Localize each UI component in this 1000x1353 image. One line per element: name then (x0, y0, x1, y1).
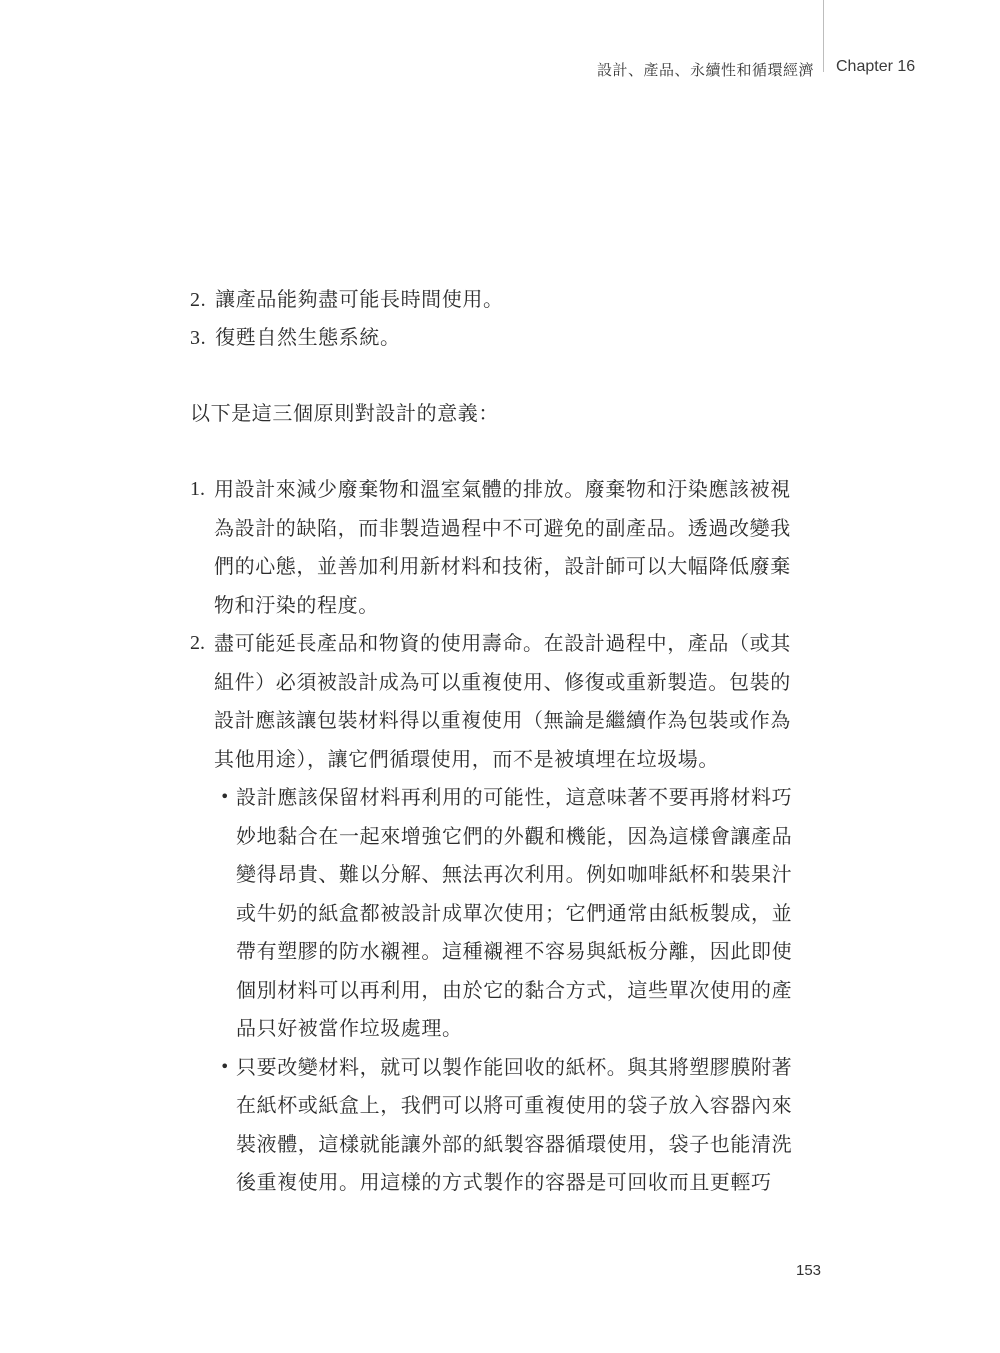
paragraph-line: 個別材料可以再利用，由於它的黏合方式，這些單次使用的產 (236, 971, 830, 1010)
paragraph-line: 們的心態，並善加利用新材料和技術，設計師可以大幅降低廢棄 (214, 547, 830, 586)
principle-item: 1. 用設計來減少廢棄物和溫室氣體的排放。廢棄物和汙染應該被視 為設計的缺陷，而… (190, 470, 830, 624)
paragraph-line: 或牛奶的紙盒都被設計成單次使用；它們通常由紙板製成，並 (236, 894, 830, 933)
list-number: 1. (190, 470, 205, 508)
bullet-item: • 設計應該保留材料再利用的可能性，這意味著不要再將材料巧 妙地黏合在一起來增強… (190, 778, 830, 1048)
paragraph-line: 物和汙染的程度。 (214, 586, 830, 625)
list-text: 復甦自然生態系統。 (215, 325, 400, 349)
paragraph-line: 品只好被當作垃圾處理。 (236, 1009, 830, 1048)
paragraph-line: 盡可能延長產品和物資的使用壽命。在設計過程中，產品（或其 (214, 624, 830, 663)
paragraph-line: 設計應該保留材料再利用的可能性，這意味著不要再將材料巧 (236, 778, 830, 817)
list-number: 2. (190, 289, 206, 311)
bullet-icon: • (220, 778, 229, 817)
paragraph-line: 組件）必須被設計成為可以重複使用、修復或重新製造。包裝的 (214, 663, 830, 702)
paragraph-line: 為設計的缺陷，而非製造過程中不可避免的副產品。透過改變我 (214, 509, 830, 548)
lead-sentence: 以下是這三個原則對設計的意義： (190, 394, 830, 432)
paragraph-line: 帶有塑膠的防水襯裡。這種襯裡不容易與紙板分離，因此即使 (236, 932, 830, 971)
list-number: 2. (190, 624, 205, 662)
paragraph-line: 在紙杯或紙盒上，我們可以將可重複使用的袋子放入容器內來 (236, 1086, 830, 1125)
bullet-item: • 只要改變材料，就可以製作能回收的紙杯。與其將塑膠膜附著 在紙杯或紙盒上，我們… (190, 1048, 830, 1202)
running-head-section-title: 設計、產品、永續性和循環經濟 (597, 59, 814, 80)
principle-item: 2. 盡可能延長產品和物資的使用壽命。在設計過程中，產品（或其 組件）必須被設計… (190, 624, 830, 778)
running-head: 設計、產品、永續性和循環經濟 Chapter 16 (0, 56, 1000, 80)
paragraph-line: 裝液體，這樣就能讓外部的紙製容器循環使用，袋子也能清洗 (236, 1125, 830, 1164)
paragraph-line: 妙地黏合在一起來增強它們的外觀和機能，因為這樣會讓產品 (236, 817, 830, 856)
paragraph-line: 後重複使用。用這樣的方式製作的容器是可回收而且更輕巧 (236, 1163, 830, 1202)
paragraph-line: 變得昂貴、難以分解、無法再次利用。例如咖啡紙杯和裝果汁 (236, 855, 830, 894)
list-text: 讓產品能夠盡可能長時間使用。 (215, 287, 503, 311)
page-number: 153 (796, 1262, 821, 1279)
paragraph-line: 其他用途），讓它們循環使用，而不是被填埋在垃圾場。 (214, 740, 830, 779)
bullet-icon: • (220, 1048, 229, 1087)
intro-list-item: 2. 讓產品能夠盡可能長時間使用。 (190, 280, 830, 318)
paragraph-line: 只要改變材料，就可以製作能回收的紙杯。與其將塑膠膜附著 (236, 1048, 830, 1087)
running-head-chapter-label: Chapter 16 (836, 58, 915, 76)
paragraph-line: 設計應該讓包裝材料得以重複使用（無論是繼續作為包裝或作為 (214, 701, 830, 740)
page-body: 2. 讓產品能夠盡可能長時間使用。 3. 復甦自然生態系統。 以下是這三個原則對… (190, 280, 830, 1202)
list-number: 3. (190, 327, 206, 349)
intro-list-item: 3. 復甦自然生態系統。 (190, 318, 830, 356)
paragraph-line: 用設計來減少廢棄物和溫室氣體的排放。廢棄物和汙染應該被視 (214, 470, 830, 509)
